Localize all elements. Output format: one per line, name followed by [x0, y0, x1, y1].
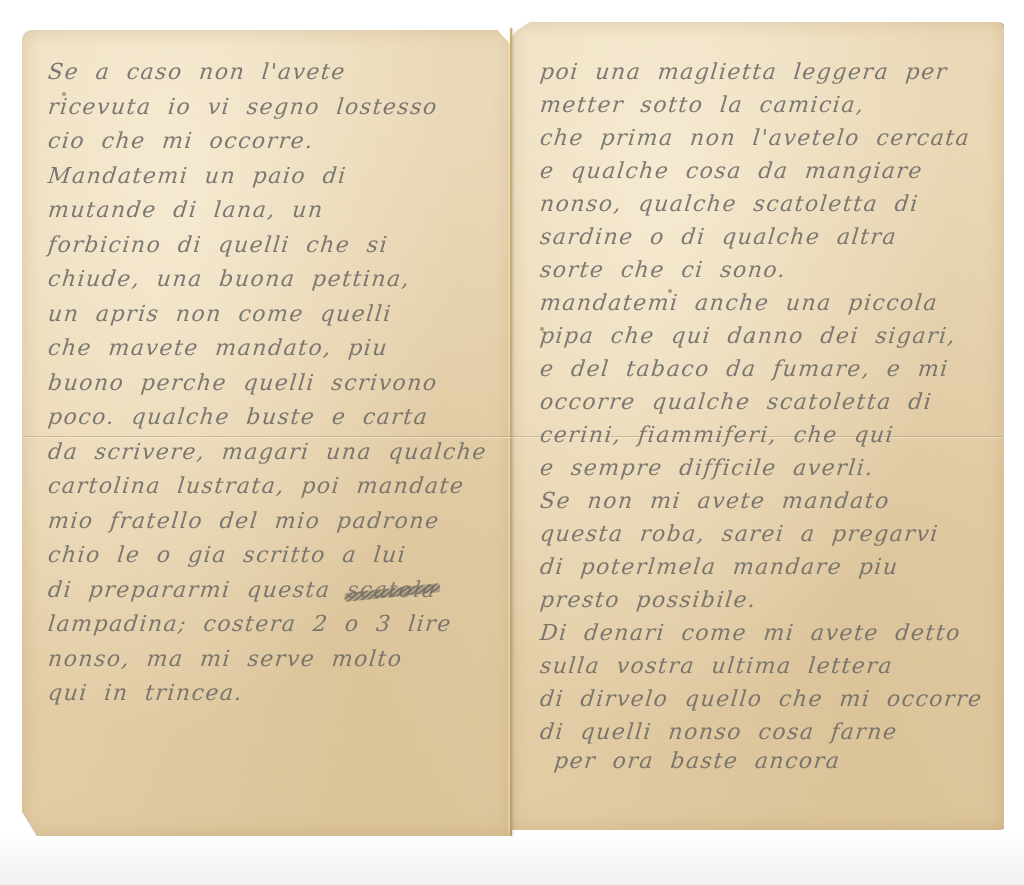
- handwritten-line: poco. qualche buste e carta: [46, 401, 489, 436]
- struck-out-word: scatola: [346, 578, 438, 603]
- right-page-text: poi una maglietta leggera per metter sot…: [540, 56, 983, 775]
- letter-sheet: Se a caso non l'avete ricevuta io vi seg…: [0, 0, 1024, 885]
- handwritten-line: di quelli nonso cosa farne: [538, 716, 984, 749]
- handwritten-line: sulla vostra ultima lettera: [538, 650, 984, 683]
- handwritten-line-with-strikeout: di prepararmi questa scatola: [46, 574, 489, 609]
- handwritten-line: questa roba, sarei a pregarvi: [538, 518, 984, 551]
- handwritten-line: lampadina; costera 2 o 3 lire: [46, 608, 489, 643]
- handwritten-line: ricevuta io vi segno lostesso: [46, 91, 489, 126]
- handwritten-line: Se non mi avete mandato: [538, 485, 984, 518]
- handwritten-text: di prepararmi questa: [47, 578, 332, 603]
- handwritten-line: mio fratello del mio padrone: [46, 505, 489, 540]
- handwritten-line: di dirvelo quello che mi occorre: [538, 683, 984, 716]
- handwritten-line: Di denari come mi avete detto: [538, 617, 984, 650]
- handwritten-line: Mandatemi un paio di: [46, 160, 489, 195]
- handwritten-line: e del tabaco da fumare, e mi: [538, 353, 984, 386]
- handwritten-line: poi una maglietta leggera per: [538, 56, 984, 89]
- handwritten-line: sardine o di qualche altra: [538, 221, 984, 254]
- handwritten-line: qui in trincea.: [46, 677, 489, 712]
- handwritten-line: cio che mi occorre.: [46, 125, 489, 160]
- handwritten-line: che prima non l'avetelo cercata: [538, 122, 984, 155]
- left-page-text: Se a caso non l'avete ricevuta io vi seg…: [48, 56, 487, 712]
- handwritten-line: cartolina lustrata, poi mandate: [46, 470, 489, 505]
- vertical-fold-crease: [510, 28, 512, 836]
- handwritten-line: che mavete mandato, piu: [46, 332, 489, 367]
- handwritten-line: mandatemi anche una piccola: [538, 287, 984, 320]
- handwritten-line: buono perche quelli scrivono: [46, 367, 489, 402]
- handwritten-line: sorte che ci sono.: [538, 254, 984, 287]
- handwritten-line: presto possibile.: [538, 584, 984, 617]
- handwritten-line: da scrivere, magari una qualche: [46, 436, 489, 471]
- handwritten-line: pipa che qui danno dei sigari,: [538, 320, 984, 353]
- handwritten-line: chiude, una buona pettina,: [46, 263, 489, 298]
- handwritten-line: un apris non come quelli: [46, 298, 489, 333]
- handwritten-line: e sempre difficile averli.: [538, 452, 984, 485]
- handwritten-line: nonso, qualche scatoletta di: [538, 188, 984, 221]
- handwritten-line: per ora baste ancora: [539, 749, 984, 775]
- handwritten-line: mutande di lana, un: [46, 194, 489, 229]
- handwritten-line: forbicino di quelli che si: [46, 229, 489, 264]
- handwritten-line: chio le o gia scritto a lui: [46, 539, 489, 574]
- handwritten-line: cerini, fiammiferi, che qui: [538, 419, 984, 452]
- handwritten-line: nonso, ma mi serve molto: [46, 643, 489, 678]
- handwritten-line: e qualche cosa da mangiare: [538, 155, 984, 188]
- handwritten-line: Se a caso non l'avete: [46, 56, 489, 91]
- scanned-letter: Se a caso non l'avete ricevuta io vi seg…: [0, 0, 1024, 885]
- handwritten-line: metter sotto la camicia,: [538, 89, 984, 122]
- handwritten-line: di poterlmela mandare piu: [538, 551, 984, 584]
- handwritten-line: occorre qualche scatoletta di: [538, 386, 984, 419]
